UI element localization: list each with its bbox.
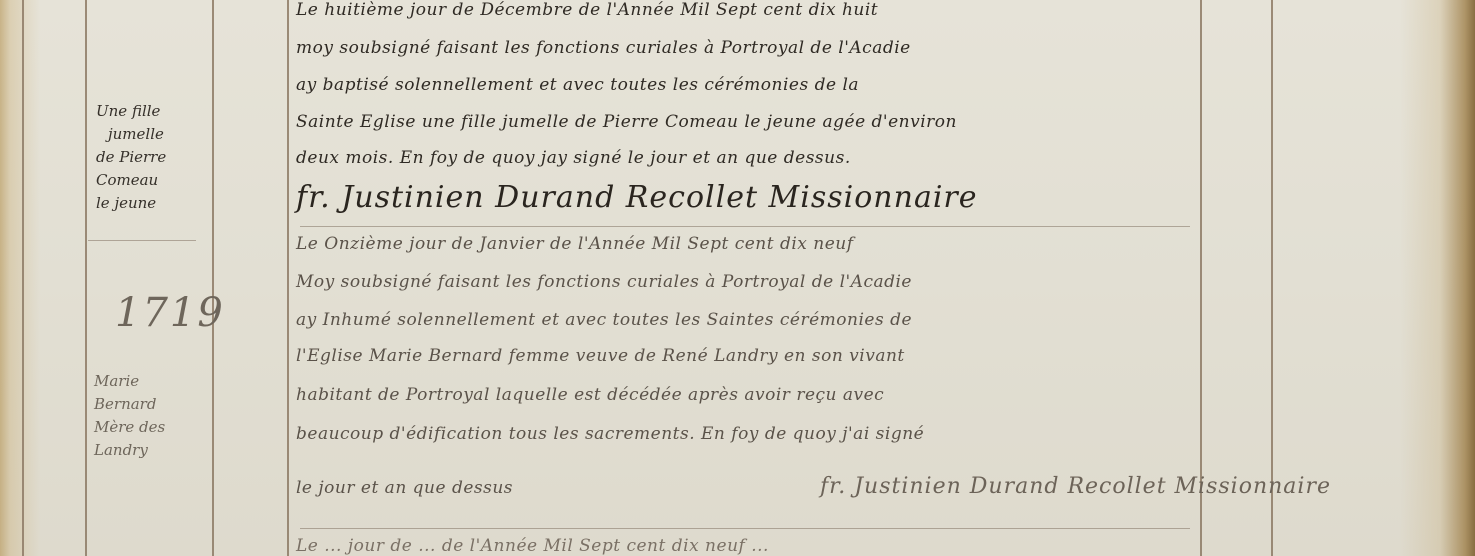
entry-1-line-2: moy soubsigné faisant les fonctions curi…	[296, 38, 911, 58]
margin-year: 1719	[115, 290, 225, 336]
margin-note-line: Une fille	[96, 100, 166, 123]
entry-3-line-1: Le ... jour de ... de l'Année Mil Sept c…	[296, 536, 769, 556]
entry-1-line-4: Sainte Eglise une fille jumelle de Pierr…	[296, 112, 957, 132]
margin-note-underline	[88, 240, 196, 241]
rule-margin-left	[85, 0, 87, 556]
rule-text-left	[287, 0, 289, 556]
entry-2-line-3: ay Inhumé solennellement et avec toutes …	[296, 310, 912, 330]
entry-separator-2	[300, 528, 1190, 529]
entry-2-line-6: beaucoup d'édification tous les sacremen…	[296, 424, 924, 444]
margin-note-baptism: Une fille jumelle de Pierre Comeau le je…	[96, 100, 166, 215]
rule-outer-right	[1271, 0, 1273, 556]
entry-2-line-2: Moy soubsigné faisant les fonctions curi…	[296, 272, 912, 292]
entry-2-line-5: habitant de Portroyal laquelle est décéd…	[296, 385, 884, 405]
rule-margin-right	[212, 0, 214, 556]
entry-2-line-4: l'Eglise Marie Bernard femme veuve de Re…	[296, 346, 905, 366]
rule-text-right	[1200, 0, 1202, 556]
margin-note-line: Bernard	[94, 393, 165, 416]
margin-note-line: jumelle	[96, 123, 166, 146]
entry-2-signature: fr. Justinien Durand Recollet Missionnai…	[820, 474, 1331, 499]
margin-note-burial: Marie Bernard Mère des Landry	[94, 370, 165, 462]
rule-left-edge	[22, 0, 24, 556]
entry-1-signature: fr. Justinien Durand Recollet Missionnai…	[296, 180, 978, 215]
margin-note-line: Landry	[94, 439, 165, 462]
entry-1-line-3: ay baptisé solennellement et avec toutes…	[296, 75, 859, 95]
entry-2-line-1: Le Onzième jour de Janvier de l'Année Mi…	[296, 234, 854, 254]
entry-1-line-5: deux mois. En foy de quoy jay signé le j…	[296, 148, 851, 168]
margin-note-line: le jeune	[96, 192, 166, 215]
register-page: Une fille jumelle de Pierre Comeau le je…	[0, 0, 1475, 556]
margin-note-line: Comeau	[96, 169, 166, 192]
entry-separator-1	[300, 226, 1190, 227]
margin-note-line: Mère des	[94, 416, 165, 439]
entry-1-line-1: Le huitième jour de Décembre de l'Année …	[296, 0, 878, 20]
margin-note-line: de Pierre	[96, 146, 166, 169]
margin-note-line: Marie	[94, 370, 165, 393]
entry-2-line-7: le jour et an que dessus	[296, 478, 513, 498]
